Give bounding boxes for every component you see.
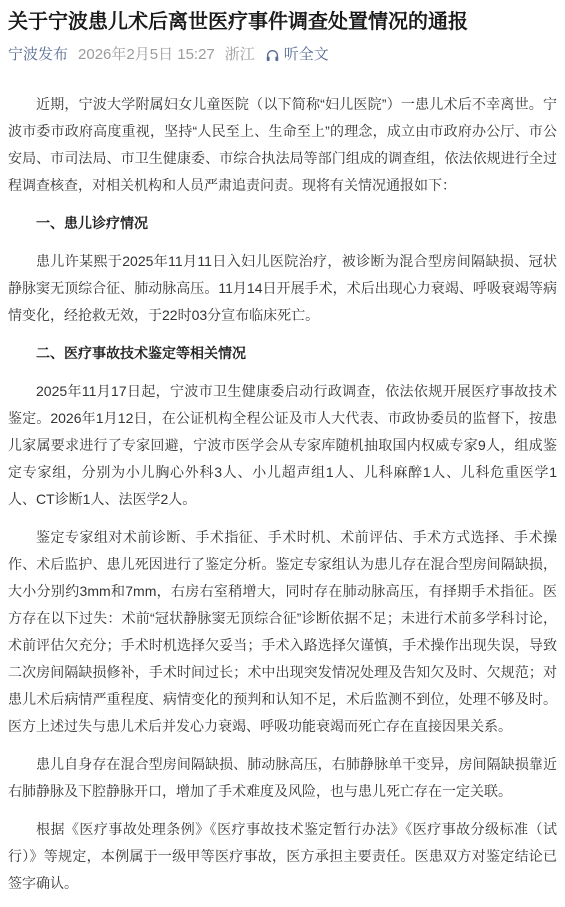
listen-full-text-button[interactable]: 听全文 <box>265 45 329 65</box>
section-heading: 二、医疗事故技术鉴定等相关情况 <box>8 340 557 367</box>
paragraph: 患儿自身存在混合型房间隔缺损、肺动脉高压，右肺静脉单干变异，房间隔缺损靠近右肺静… <box>8 751 557 805</box>
account-name-link[interactable]: 宁波发布 <box>8 45 68 65</box>
headphone-icon <box>265 48 280 63</box>
paragraph: 近期，宁波大学附属妇女儿童医院（以下简称“妇儿医院”）一患儿术后不幸离世。宁波市… <box>8 91 557 199</box>
paragraph: 患儿许某熙于2025年11月11日入妇儿医院治疗，被诊断为混合型房间隔缺损、冠状… <box>8 248 557 329</box>
article-page: 关于宁波患儿术后离世医疗事件调查处置情况的通报 宁波发布 2026年2月5日 1… <box>0 0 565 907</box>
listen-label: 听全文 <box>284 45 329 65</box>
paragraph: 鉴定专家组对术前诊断、手术指征、手术时机、术前评估、手术方式选择、手术操作、术后… <box>8 524 557 740</box>
article-title: 关于宁波患儿术后离世医疗事件调查处置情况的通报 <box>8 8 557 37</box>
section-heading: 一、患儿诊疗情况 <box>8 210 557 237</box>
paragraph: 根据《医疗事故处理条例》《医疗事故技术鉴定暂行办法》《医疗事故分级标准（试行）》… <box>8 816 557 897</box>
publish-datetime: 2026年2月5日 15:27 <box>78 45 215 65</box>
article-meta: 宁波发布 2026年2月5日 15:27 浙江 听全文 <box>8 45 557 65</box>
paragraph: 2025年11月17日起，宁波市卫生健康委启动行政调查，依法依规开展医疗事故技术… <box>8 378 557 513</box>
publish-location: 浙江 <box>225 45 255 65</box>
article-body: 近期，宁波大学附属妇女儿童医院（以下简称“妇儿医院”）一患儿术后不幸离世。宁波市… <box>8 91 557 897</box>
